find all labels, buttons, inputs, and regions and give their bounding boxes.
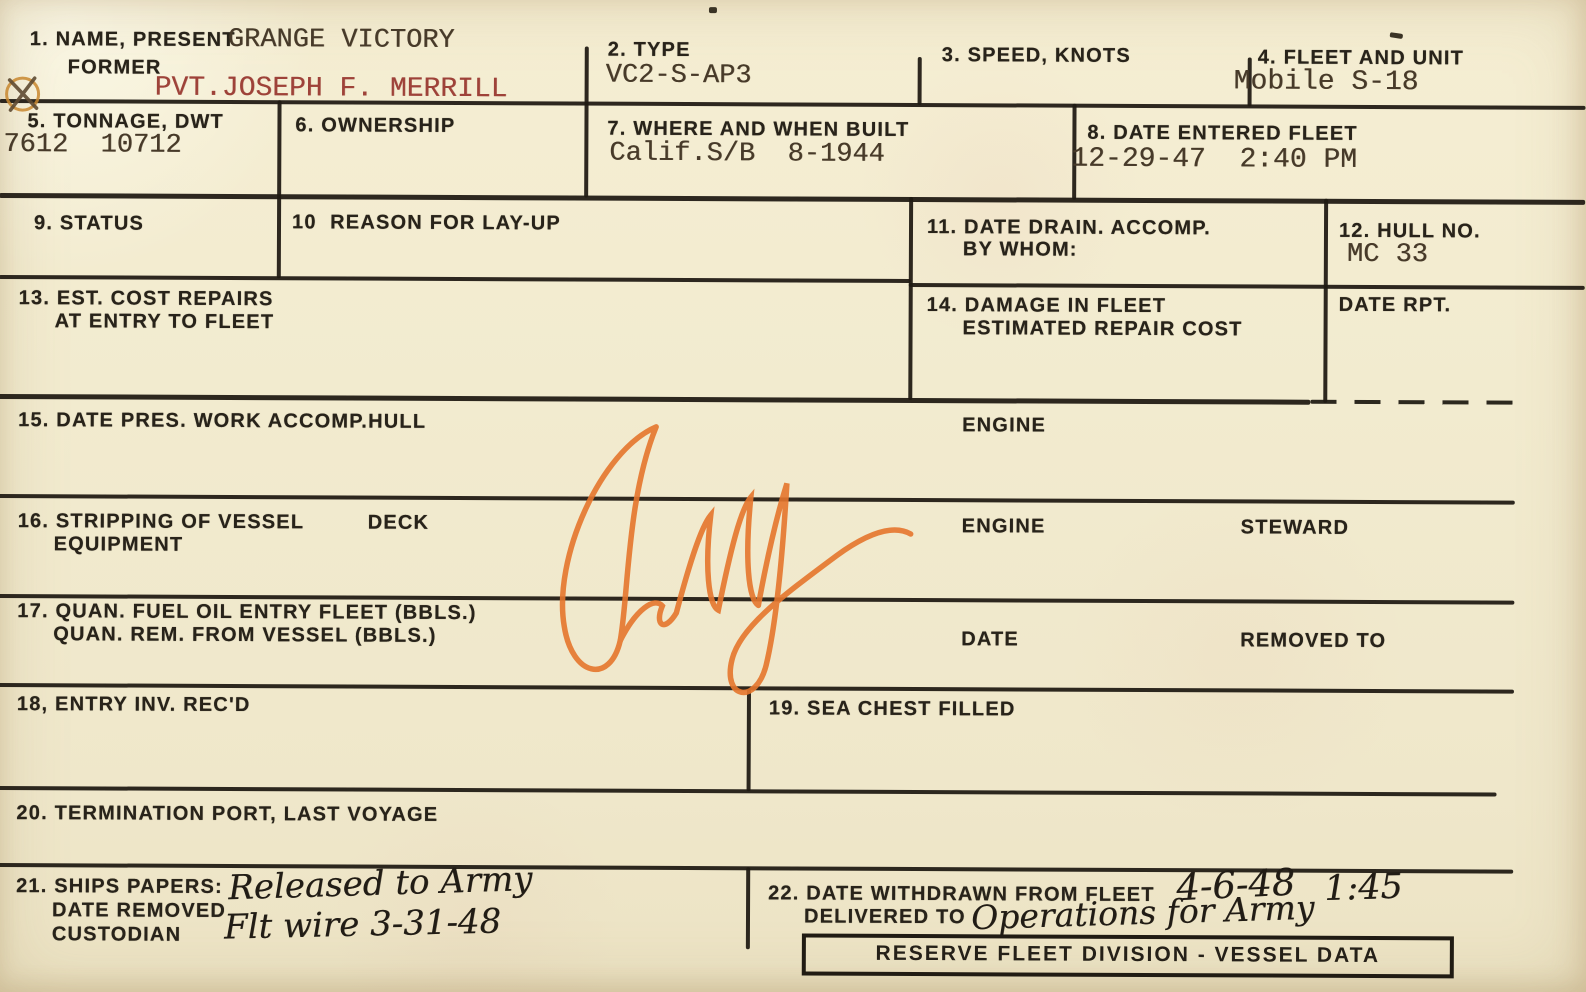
field3-label: 3. SPEED, KNOTS (942, 44, 1131, 68)
rule-under-row2 (0, 193, 1585, 205)
field1-label-former: FORMER (68, 56, 162, 79)
field5-value: 7612 10712 (3, 130, 181, 161)
field16-label2: EQUIPMENT (54, 533, 184, 557)
scan-speck (709, 7, 717, 13)
field21-label3: CUSTODIAN (52, 923, 181, 947)
field14-label2: ESTIMATED REPAIR COST (963, 317, 1243, 341)
field22-time-value: 1:45 (1324, 867, 1404, 909)
field17-label2: QUAN. REM. FROM VESSEL (BBLS.) (53, 623, 437, 648)
divider-f21-f22 (746, 867, 750, 949)
field8-value: 12-29-47 2:40 PM (1071, 144, 1357, 176)
divider-f11-f12 (1323, 199, 1328, 403)
field1-present-value: GRANGE VICTORY (228, 25, 455, 56)
rule-under-f11-12 (909, 283, 1585, 290)
field6-label: 6. OWNERSHIP (295, 114, 455, 138)
field17-date-label: DATE (961, 628, 1019, 651)
field2-label: 2. TYPE (608, 39, 691, 62)
field1-label: 1. NAME, PRESENT (30, 28, 236, 52)
field1-former-value: PVT.JOSEPH F. MERRILL (155, 73, 508, 106)
field16-engine-label: ENGINE (962, 515, 1046, 538)
field8-label: 8. DATE ENTERED FLEET (1087, 122, 1358, 146)
vessel-data-card: 1. NAME, PRESENT FORMER 2. TYPE 3. SPEED… (0, 0, 1586, 992)
field15-engine-label: ENGINE (962, 414, 1046, 437)
field15-hull-label: HULL (368, 411, 426, 434)
field17-removed-to-label: REMOVED TO (1240, 629, 1386, 653)
field21-label: 21. SHIPS PAPERS: (16, 875, 223, 899)
field11-label-bywhom: BY WHOM: (963, 238, 1078, 262)
field2-value: VC2-S-AP3 (606, 61, 752, 92)
field15-label: 15. DATE PRES. WORK ACCOMP. (18, 409, 368, 434)
field14-label: 14. DAMAGE IN FLEET (927, 294, 1167, 318)
field9-label: 9. STATUS (34, 212, 144, 235)
rule-under-f9-10 (0, 275, 911, 283)
divider-f5-f6 (277, 100, 282, 278)
field13-label2: AT ENTRY TO FLEET (55, 310, 275, 334)
field18-label: 18, ENTRY INV. REC'D (17, 693, 251, 717)
field11-label: 11. DATE DRAIN. ACCOMP. (927, 216, 1211, 240)
field14-date-rpt-label: DATE RPT. (1339, 294, 1452, 317)
field7-value: Calif.S/B 8-1944 (609, 139, 885, 170)
field13-label: 13. EST. COST REPAIRS (19, 287, 274, 311)
divider-f10-f11 (908, 197, 913, 400)
divider-f1-f2 (584, 47, 589, 198)
field16-deck-label: DECK (368, 512, 430, 535)
divider-f2-f3 (918, 57, 922, 105)
army-crayon-signature (530, 408, 921, 710)
field21-entry-wire: Flt wire 3-31-48 (224, 902, 502, 948)
scan-speck (1390, 32, 1404, 39)
field16-label: 16. STRIPPING OF VESSEL (18, 510, 305, 534)
card-sheet: 1. NAME, PRESENT FORMER 2. TYPE 3. SPEED… (0, 0, 1586, 992)
field4-value: Mobile S-18 (1234, 66, 1419, 98)
field20-label: 20. TERMINATION PORT, LAST VOYAGE (16, 802, 438, 827)
footer-title: RESERVE FLEET DIVISION - VESSEL DATA (802, 942, 1454, 969)
rule-under-daterpt (1310, 400, 1515, 405)
field10-label: 10 REASON FOR LAY-UP (292, 211, 561, 235)
field12-value: MC 33 (1347, 240, 1428, 270)
field22-label2: DELIVERED TO (804, 906, 966, 930)
field17-label: 17. QUAN. FUEL OIL ENTRY FLEET (BBLS.) (17, 600, 476, 625)
rule-under-f13-14 (0, 394, 1310, 405)
field21-label2: DATE REMOVED (52, 899, 226, 923)
field16-steward-label: STEWARD (1241, 516, 1350, 539)
circled-x-mark (1, 74, 47, 118)
